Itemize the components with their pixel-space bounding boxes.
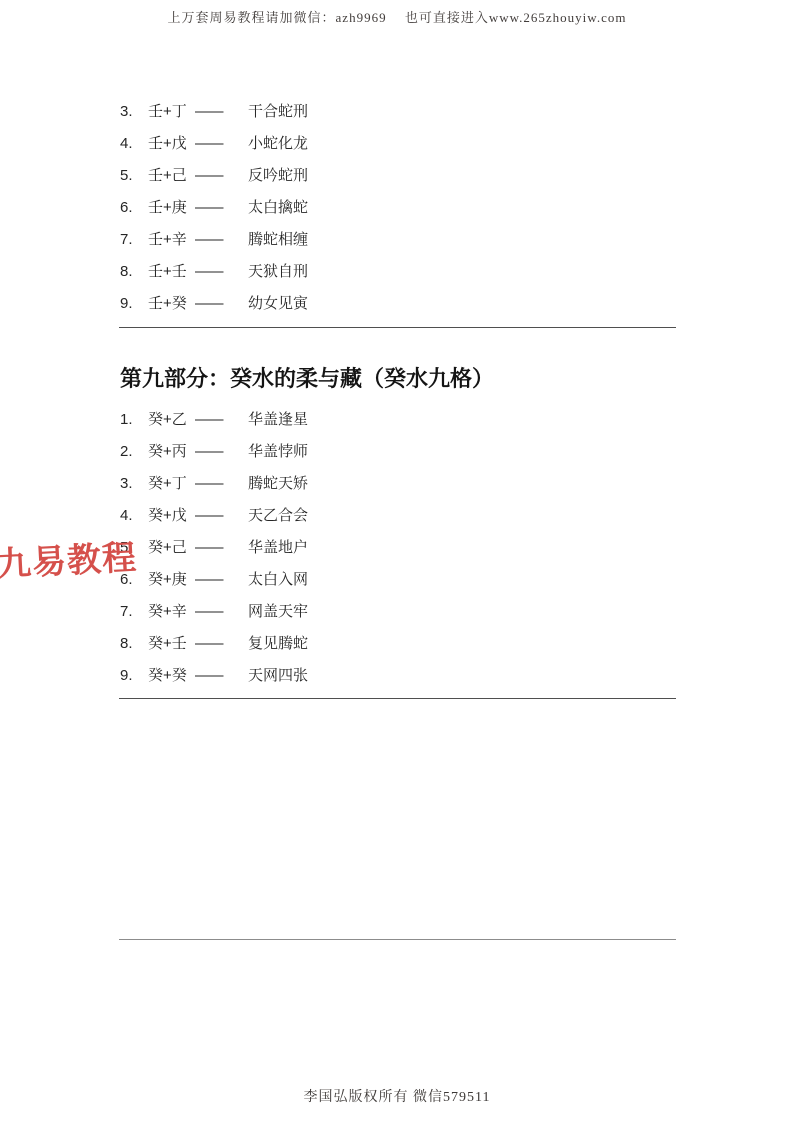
section-heading: 第九部分：癸水的柔与藏（癸水九格）: [120, 366, 494, 392]
page-divider: [119, 939, 676, 940]
gan-pair: 壬+戊: [148, 128, 195, 160]
list-item: 8.壬+壬——天狱自刑: [120, 256, 308, 288]
separator-dash: ——: [195, 468, 248, 500]
separator-dash: ——: [195, 288, 248, 320]
gan-pair: 壬+辛: [148, 224, 195, 256]
item-number: 8.: [120, 256, 148, 288]
gan-pair: 壬+壬: [148, 256, 195, 288]
separator-dash: ——: [195, 564, 248, 596]
list-item: 2.癸+丙——华盖悖师: [120, 436, 308, 468]
pattern-name: 干合蛇刑: [248, 96, 308, 128]
separator-dash: ——: [195, 436, 248, 468]
list-item: 5.癸+己——华盖地户: [120, 532, 308, 564]
gan-pair: 壬+丁: [148, 96, 195, 128]
pattern-name: 小蛇化龙: [248, 128, 308, 160]
gui-water-list: 1.癸+乙——华盖逢星2.癸+丙——华盖悖师3.癸+丁——腾蛇天矫4.癸+戊——…: [120, 404, 308, 692]
list-item: 5.壬+己——反吟蛇刑: [120, 160, 308, 192]
item-number: 3.: [120, 96, 148, 128]
item-number: 4.: [120, 128, 148, 160]
footer-copyright: 李国弘版权所有 微信579511: [0, 1086, 794, 1106]
pattern-name: 太白擒蛇: [248, 192, 308, 224]
gan-pair: 癸+丁: [148, 468, 195, 500]
separator-dash: ——: [195, 660, 248, 692]
gan-pair: 癸+乙: [148, 404, 195, 436]
pattern-name: 天乙合会: [248, 500, 308, 532]
pattern-name: 华盖地户: [248, 532, 308, 564]
list-item: 9.癸+癸——天网四张: [120, 660, 308, 692]
list-item: 3.壬+丁——干合蛇刑: [120, 96, 308, 128]
gan-pair: 癸+壬: [148, 628, 195, 660]
gan-pair: 癸+己: [148, 532, 195, 564]
gan-pair: 壬+己: [148, 160, 195, 192]
separator-dash: ——: [195, 500, 248, 532]
separator-dash: ——: [195, 404, 248, 436]
gan-pair: 癸+丙: [148, 436, 195, 468]
pattern-name: 腾蛇天矫: [248, 468, 308, 500]
list-item: 4.癸+戊——天乙合会: [120, 500, 308, 532]
list-item: 8.癸+壬——复见腾蛇: [120, 628, 308, 660]
separator-dash: ——: [195, 596, 248, 628]
gan-pair: 壬+庚: [148, 192, 195, 224]
section-divider: [119, 327, 676, 328]
separator-dash: ——: [195, 532, 248, 564]
gan-pair: 癸+戊: [148, 500, 195, 532]
pattern-name: 天网四张: [248, 660, 308, 692]
document-page: 上万套周易教程请加微信：azh9969 也可直接进入www.265zhouyiw…: [0, 0, 794, 1123]
list-item: 3.癸+丁——腾蛇天矫: [120, 468, 308, 500]
separator-dash: ——: [195, 256, 248, 288]
section-divider: [119, 698, 676, 699]
pattern-name: 华盖逢星: [248, 404, 308, 436]
separator-dash: ——: [195, 160, 248, 192]
pattern-name: 腾蛇相缠: [248, 224, 308, 256]
item-number: 9.: [120, 660, 148, 692]
list-item: 4.壬+戊——小蛇化龙: [120, 128, 308, 160]
list-item: 6.癸+庚——太白入网: [120, 564, 308, 596]
item-number: 9.: [120, 288, 148, 320]
list-item: 6.壬+庚——太白擒蛇: [120, 192, 308, 224]
list-item: 7.壬+辛——腾蛇相缠: [120, 224, 308, 256]
watermark: 九易教程: [0, 530, 138, 586]
pattern-name: 太白入网: [248, 564, 308, 596]
separator-dash: ——: [195, 128, 248, 160]
item-number: 4.: [120, 500, 148, 532]
header-note: 上万套周易教程请加微信：azh9969 也可直接进入www.265zhouyiw…: [0, 7, 794, 26]
list-item: 9.壬+癸——幼女见寅: [120, 288, 308, 320]
ren-water-list: 3.壬+丁——干合蛇刑4.壬+戊——小蛇化龙5.壬+己——反吟蛇刑6.壬+庚——…: [120, 96, 308, 320]
separator-dash: ——: [195, 224, 248, 256]
gan-pair: 癸+庚: [148, 564, 195, 596]
item-number: 7.: [120, 224, 148, 256]
pattern-name: 幼女见寅: [248, 288, 308, 320]
gan-pair: 癸+辛: [148, 596, 195, 628]
list-item: 7.癸+辛——网盖天牢: [120, 596, 308, 628]
gan-pair: 癸+癸: [148, 660, 195, 692]
item-number: 3.: [120, 468, 148, 500]
item-number: 1.: [120, 404, 148, 436]
item-number: 7.: [120, 596, 148, 628]
pattern-name: 网盖天牢: [248, 596, 308, 628]
list-item: 1.癸+乙——华盖逢星: [120, 404, 308, 436]
item-number: 5.: [120, 160, 148, 192]
item-number: 8.: [120, 628, 148, 660]
gan-pair: 壬+癸: [148, 288, 195, 320]
separator-dash: ——: [195, 628, 248, 660]
pattern-name: 天狱自刑: [248, 256, 308, 288]
pattern-name: 华盖悖师: [248, 436, 308, 468]
pattern-name: 反吟蛇刑: [248, 160, 308, 192]
item-number: 6.: [120, 192, 148, 224]
item-number: 2.: [120, 436, 148, 468]
separator-dash: ——: [195, 192, 248, 224]
pattern-name: 复见腾蛇: [248, 628, 308, 660]
separator-dash: ——: [195, 96, 248, 128]
